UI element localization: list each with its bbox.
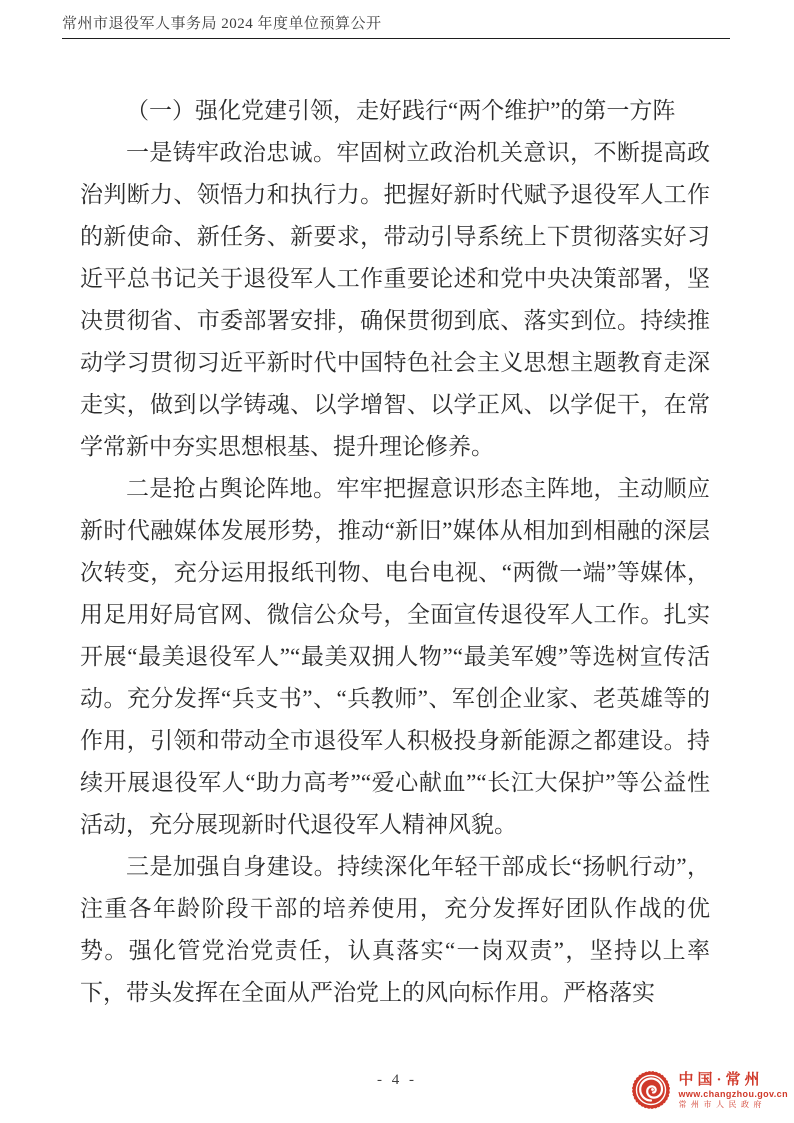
logo-url: www.changzhou.gov.cn	[678, 1089, 788, 1100]
dragon-seal-icon	[631, 1070, 671, 1110]
document-header: 常州市退役军人事务局 2024 年度单位预算公开	[62, 12, 730, 39]
logo-title: 中国·常州	[678, 1071, 763, 1089]
paragraph-2: 二是抢占舆论阵地。牢牢把握意识形态主阵地，主动顺应新时代融媒体发展形势，推动“新…	[80, 468, 710, 846]
header-title: 常州市退役军人事务局 2024 年度单位预算公开	[62, 12, 730, 33]
changzhou-gov-logo: 中国·常州 www.changzhou.gov.cn 常州市人民政府	[631, 1070, 788, 1110]
paragraph-1: 一是铸牢政治忠诚。牢固树立政治机关意识，不断提高政治判断力、领悟力和执行力。把握…	[80, 132, 710, 468]
section-heading: （一）强化党建引领，走好践行“两个维护”的第一方阵	[80, 90, 710, 132]
logo-text-block: 中国·常州 www.changzhou.gov.cn 常州市人民政府	[678, 1071, 788, 1110]
document-page: 常州市退役军人事务局 2024 年度单位预算公开 （一）强化党建引领，走好践行“…	[0, 0, 794, 1123]
document-body: （一）强化党建引领，走好践行“两个维护”的第一方阵 一是铸牢政治忠诚。牢固树立政…	[80, 90, 710, 1067]
logo-subtitle: 常州市人民政府	[678, 1100, 766, 1110]
paragraph-3: 三是加强自身建设。持续深化年轻干部成长“扬帆行动”，注重各年龄阶段干部的培养使用…	[80, 846, 710, 1014]
